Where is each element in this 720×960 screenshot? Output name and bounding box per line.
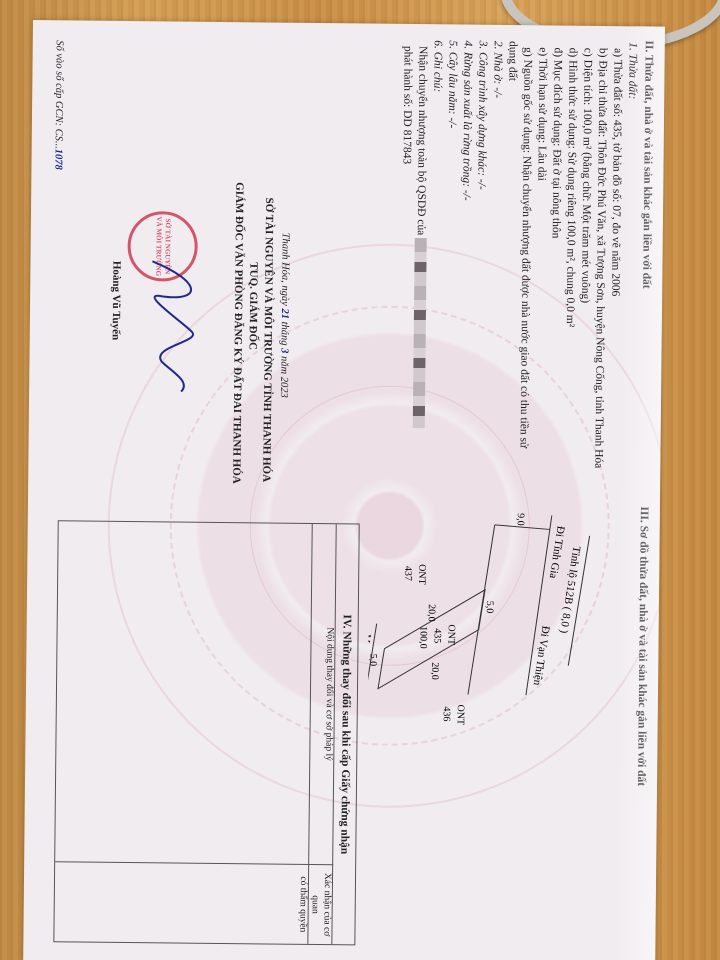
left-neighbor-number: 437 <box>402 566 413 581</box>
changes-col-confirm: Xác nhận của cơ quan có thẩm quyền <box>307 865 333 944</box>
changes-col-content: Nội dung thay đổi và cơ sở pháp lý <box>308 524 337 864</box>
parcel-number-label: 435 <box>431 628 442 643</box>
construction-item: 3. Công trình xây dựng khác: -/- <box>473 41 490 190</box>
date-day: 21 <box>279 308 290 319</box>
certificate-content: II. Thửa đất, nhà ở và tài sản khác gắn … <box>23 20 665 960</box>
right-neighbor-number: 436 <box>441 706 452 721</box>
left-neighbor-type: ONT <box>416 564 427 585</box>
perennial-item: 5. Cây lâu năm: -/- <box>444 40 460 128</box>
direction-right: Đi Vạn Thiện <box>531 625 552 687</box>
date-year: năm 2023 <box>278 356 289 398</box>
section-2-title: II. Thửa đất, nhà ở và tài sản khác gắn … <box>640 40 655 288</box>
direction-left: Đi Tĩnh Gia <box>547 525 567 579</box>
usage-form-line: d) Hình thức sử dụng: Sử dụng riêng 100,… <box>562 48 580 328</box>
forest-item: 4. Rừng sản xuất là rừng trồng: -/- <box>458 40 475 200</box>
registry-line: Số vào sổ cấp GCN: CS...1078 <box>52 40 64 170</box>
section-3-title: III. Sơ đồ thửa đất, nhà ở và tài sản kh… <box>635 506 650 786</box>
usage-purpose-line: đ) Mục đích sử dụng: Đất ở tại nông thôn <box>548 47 565 238</box>
date-line: Thanh Hóa, ngày 21 tháng 3 năm 2023 <box>278 233 291 398</box>
right-neighbor-type: ONT <box>455 704 466 725</box>
top-width-label: 5,0 <box>484 601 495 614</box>
note-item: 6. Ghi chú: <box>429 40 445 92</box>
org-line-2: TUQ. GIÁM ĐỐC <box>247 262 260 350</box>
note-line-2: phát hành số: DD 817843 <box>399 46 415 164</box>
registry-number: 1078 <box>52 149 63 170</box>
signature-scribble <box>131 251 213 402</box>
usage-origin-line-2: dụng đất <box>504 41 519 81</box>
usage-origin-line: g) Nguồn gốc sử dụng: Nhận chuyển nhượng… <box>516 47 535 448</box>
note-text: Nhận chuyển nhượng toàn bộ QSDĐ của <box>415 46 429 235</box>
org-line-1: SỞ TÀI NGUYÊN VÀ MÔI TRƯỜNG TỈNH THANH H… <box>260 197 275 482</box>
registry-label: Số vào sổ cấp GCN: CS... <box>53 40 65 149</box>
parcel-diagram: Tỉnh lộ 512B ( 8,0 ) Đi Tĩnh Gia Đi Vạn … <box>365 504 630 947</box>
setback-label: 9,0 <box>515 513 526 526</box>
parcel-number-line: a) Thửa đất số: 435, tờ bản đồ số: 07, đ… <box>607 48 625 296</box>
parcel-type-label: ONT <box>445 624 456 645</box>
org-line-3: GIÁM ĐỐC VĂN PHÒNG ĐĂNG KÝ ĐẤT ĐAI THANH… <box>230 182 245 484</box>
left-length-label: 20,0 <box>426 604 437 622</box>
section-2-sub1: 1. Thửa đất: <box>624 42 640 99</box>
date-month: 3 <box>279 348 290 353</box>
changes-table: IV. Những thay đổi sau khi cấp Giấy chứn… <box>53 520 359 945</box>
area-line: c) Diện tích: 100,0 m² (bằng chữ: Một tr… <box>577 48 595 303</box>
date-month-label: tháng <box>279 322 290 346</box>
table-divider <box>55 861 333 865</box>
date-prefix: Thanh Hóa, ngày <box>279 233 291 306</box>
parcel-area-label: 100,0 <box>417 626 428 649</box>
land-certificate-page: II. Thửa đất, nhà ở và tài sản khác gắn … <box>23 20 665 960</box>
usage-term-line: e) Thời hạn sử dụng: Lâu dài <box>533 47 549 181</box>
redacted-name <box>412 238 426 428</box>
house-item: 2. Nhà ở: -/- <box>489 41 505 98</box>
right-length-label: 20,0 <box>429 662 440 680</box>
signer-name: Hoàng Vũ Tuyến <box>110 261 123 340</box>
